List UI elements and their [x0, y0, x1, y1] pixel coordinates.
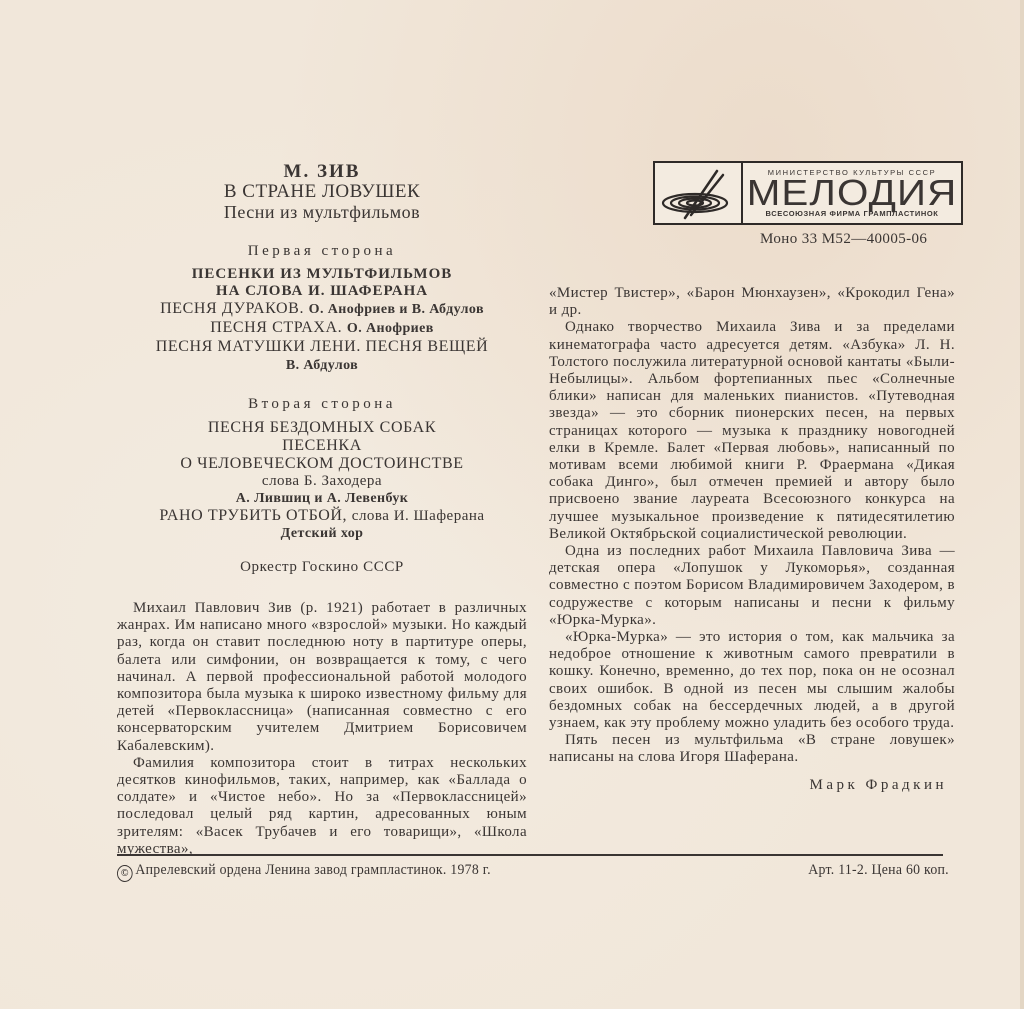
copyright-icon: ©: [117, 865, 133, 882]
side-one-heading: Первая сторона: [117, 242, 527, 260]
side-one-group-lyricist: НА СЛОВА И. ШАФЕРАНА: [117, 283, 527, 300]
notes-paragraph: Пять песен из мультфильма «В стране лову…: [549, 732, 955, 766]
side-two-heading: Вторая сторона: [117, 395, 527, 413]
track-title: ПЕСНЯ ДУРАКОВ.: [160, 300, 304, 317]
track-performers: Детский хор: [117, 525, 527, 542]
notes-paragraph: «Юрка-Мурка» — это история о том, как ма…: [549, 629, 955, 732]
footer-divider: [117, 854, 943, 856]
notes-paragraph: Михаил Павлович Зив (р. 1921) работает в…: [117, 600, 527, 755]
side-one-group-title: ПЕСЕНКИ ИЗ МУЛЬТФИЛЬМОВ: [117, 266, 527, 283]
track-list-item: ПЕСНЯ СТРАХА. О. Анофриев: [117, 319, 527, 338]
notes-paragraph: «Мистер Твистер», «Барон Мюнхаузен», «Кр…: [549, 285, 955, 319]
track-title: ПЕСНЯ СТРАХА.: [210, 319, 342, 336]
manufacturer-text: Апрелевский ордена Ленина завод грамплас…: [135, 862, 490, 878]
track-lyricist: слова И. Шаферана: [352, 508, 485, 524]
album-title: В СТРАНЕ ЛОВУШЕК: [117, 182, 527, 202]
track-list-item: ПЕСНЯ ДУРАКОВ. О. Анофриев и В. Абдулов: [117, 300, 527, 319]
notes-paragraph: Однако творчество Михаила Зива и за пред…: [549, 319, 955, 543]
notes-paragraph: Одна из последних работ Михаила Павлович…: [549, 543, 955, 629]
track-performers: В. Абдулов: [286, 358, 358, 373]
notes-author: Марк Фрадкин: [549, 777, 955, 794]
label-text: МИНИСТЕРСТВО КУЛЬТУРЫ СССР МЕЛОДИЯ ВСЕСО…: [743, 163, 961, 223]
price-line: Арт. 11-2. Цена 60 коп.: [808, 862, 949, 879]
track-list-item: ПЕСНЯ МАТУШКИ ЛЕНИ. ПЕСНЯ ВЕЩЕЙ В. Абдул…: [117, 338, 527, 375]
left-column: М. ЗИВ В СТРАНЕ ЛОВУШЕК Песни из мультфи…: [117, 162, 527, 858]
liner-notes-left: Михаил Павлович Зив (р. 1921) работает в…: [117, 600, 527, 858]
track-title: ПЕСНЯ БЕЗДОМНЫХ СОБАК: [117, 419, 527, 437]
track-title: ПЕСНЯ МАТУШКИ ЛЕНИ. ПЕСНЯ ВЕЩЕЙ: [117, 338, 527, 356]
track-performers: О. Анофриев и В. Абдулов: [309, 302, 484, 317]
melodiya-emblem-icon: [655, 163, 743, 223]
track-title: ПЕСЕНКА: [117, 437, 527, 455]
orchestra-credit: Оркестр Госкино СССР: [117, 558, 527, 576]
track-lyricist: слова Б. Заходера: [117, 473, 527, 490]
track-performers: О. Анофриев: [347, 321, 434, 336]
catalog-number: Моно 33 М52—40005-06: [760, 231, 927, 248]
composer-name: М. ЗИВ: [117, 162, 527, 182]
notes-paragraph: Фамилия композитора стоит в титрах неско…: [117, 755, 527, 858]
manufacturer-line: ©Апрелевский ордена Ленина завод грампла…: [117, 862, 491, 882]
track-list-item: РАНО ТРУБИТЬ ОТБОЙ, слова И. Шаферана: [117, 507, 527, 525]
melodiya-logo: МИНИСТЕРСТВО КУЛЬТУРЫ СССР МЕЛОДИЯ ВСЕСО…: [653, 161, 963, 225]
track-title: РАНО ТРУБИТЬ ОТБОЙ,: [159, 507, 347, 524]
liner-notes-right: «Мистер Твистер», «Барон Мюнхаузен», «Кр…: [549, 285, 955, 794]
label-name: МЕЛОДИЯ: [747, 177, 958, 209]
track-performers: А. Лившиц и А. Левенбук: [117, 490, 527, 507]
sleeve-edge: [1020, 0, 1024, 1009]
album-subtitle: Песни из мультфильмов: [117, 202, 527, 222]
track-title: О ЧЕЛОВЕЧЕСКОМ ДОСТОИНСТВЕ: [117, 455, 527, 473]
